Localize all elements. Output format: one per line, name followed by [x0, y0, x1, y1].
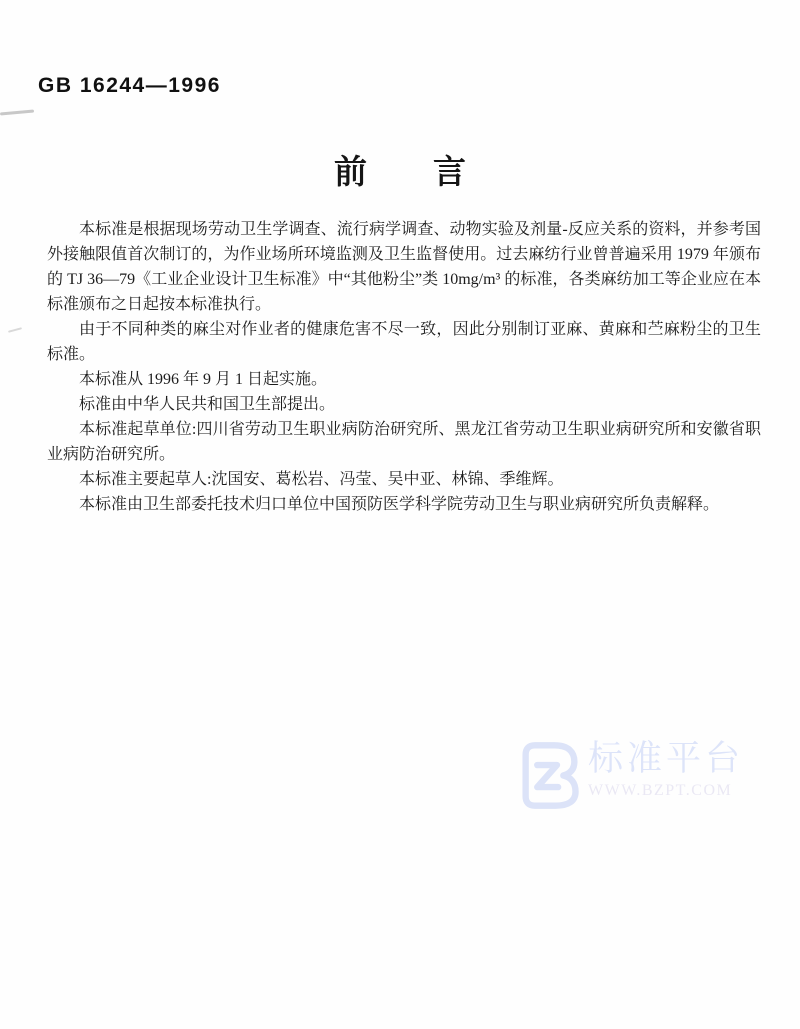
- foreword-paragraph-3: 本标准从 1996 年 9 月 1 日起实施。: [47, 367, 761, 392]
- watermark-brand: 标准平台: [588, 739, 744, 779]
- standard-number: GB 16244—1996: [38, 74, 221, 98]
- foreword-paragraph-5: 本标准起草单位:四川省劳动卫生职业病防治研究所、黑龙江省劳动卫生职业病研究所和安…: [47, 417, 761, 467]
- foreword-paragraph-7: 本标准由卫生部委托技术归口单位中国预防医学科学院劳动卫生与职业病研究所负责解释。: [47, 492, 761, 517]
- document-page: GB 16244—1996 前 言 本标准是根据现场劳动卫生学调查、流行病学调查…: [0, 0, 800, 1029]
- watermark-url: WWW.BZPT.COM: [588, 781, 744, 801]
- foreword-paragraph-4: 标准由中华人民共和国卫生部提出。: [47, 392, 761, 417]
- scan-artifact-line: [0, 110, 34, 115]
- bzpt-logo-icon: [521, 739, 579, 812]
- scan-artifact-smudge: [8, 327, 22, 333]
- watermark-text: 标准平台 WWW.BZPT.COM: [588, 739, 744, 801]
- foreword-paragraph-2: 由于不同种类的麻尘对作业者的健康危害不尽一致，因此分别制订亚麻、黄麻和苎麻粉尘的…: [47, 317, 761, 367]
- watermark: 标准平台 WWW.BZPT.COM: [521, 739, 744, 812]
- foreword-paragraph-1: 本标准是根据现场劳动卫生学调查、流行病学调查、动物实验及剂量-反应关系的资料，并…: [47, 217, 761, 317]
- foreword-body: 本标准是根据现场劳动卫生学调查、流行病学调查、动物实验及剂量-反应关系的资料，并…: [47, 217, 761, 517]
- foreword-paragraph-6: 本标准主要起草人:沈国安、葛松岩、冯莹、吴中亚、林锦、季维辉。: [47, 467, 761, 492]
- foreword-title: 前 言: [0, 146, 800, 193]
